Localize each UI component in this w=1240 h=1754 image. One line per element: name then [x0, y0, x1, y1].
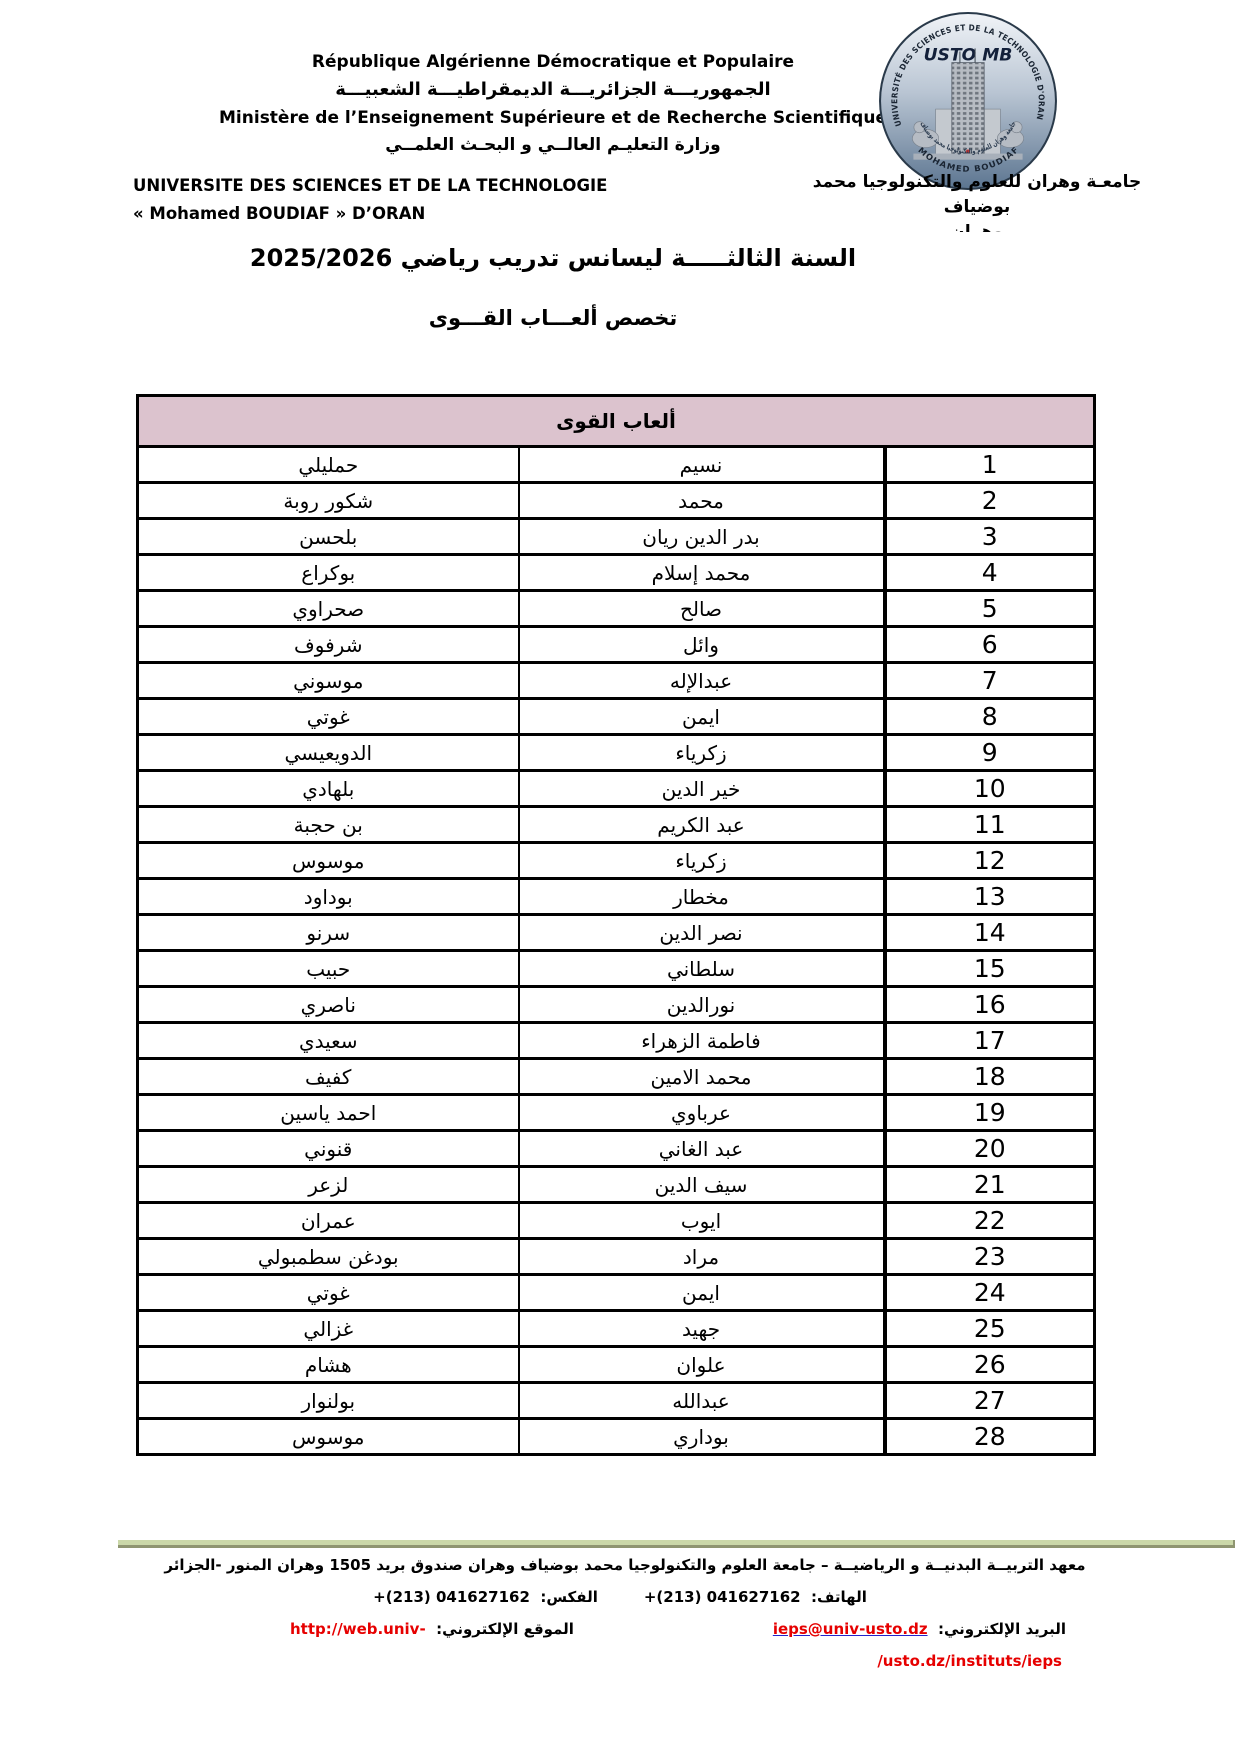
document-header: République Algérienne Démocratique et Po… [133, 52, 973, 155]
roster-number-cell: 11 [885, 807, 1095, 843]
footer-email: البريد الإلكتروني: ieps@univ-usto.dz [773, 1620, 1066, 1638]
first-name-cell: زكرياء [519, 735, 885, 771]
roster-number-cell: 24 [885, 1275, 1095, 1311]
first-name-cell: زكرياء [519, 843, 885, 879]
email-link[interactable]: ieps@univ-usto.dz [773, 1620, 928, 1638]
table-row: 10خير الدينبلهادي [138, 771, 1095, 807]
first-name-cell: محمد إسلام [519, 555, 885, 591]
first-name-cell: فاطمة الزهراء [519, 1023, 885, 1059]
roster-number-cell: 9 [885, 735, 1095, 771]
table-row: 24ايمنغوتي [138, 1275, 1095, 1311]
last-name-cell: بن حجبة [138, 807, 519, 843]
first-name-cell: ايمن [519, 1275, 885, 1311]
roster-number-cell: 20 [885, 1131, 1095, 1167]
last-name-cell: بوداود [138, 879, 519, 915]
table-row: 15سلطانيحبيب [138, 951, 1095, 987]
last-name-cell: صحراوي [138, 591, 519, 627]
footer-phone: الهاتف: +(213) 041627162 [644, 1588, 867, 1606]
roster-number-cell: 14 [885, 915, 1095, 951]
table-row: 7عبدالإلهموسوني [138, 663, 1095, 699]
first-name-cell: علوان [519, 1347, 885, 1383]
table-row: 2محمدشكور روبة [138, 483, 1095, 519]
table-row: 3بدر الدين ريانبلحسن [138, 519, 1095, 555]
university-name-fr: UNIVERSITE DES SCIENCES ET DE LA TECHNOL… [133, 172, 607, 228]
first-name-cell: نورالدين [519, 987, 885, 1023]
last-name-cell: موسوس [138, 1419, 519, 1455]
last-name-cell: بودغن سطمبولي [138, 1239, 519, 1275]
last-name-cell: الدويعيسي [138, 735, 519, 771]
website-link[interactable]: http://web.univ- [290, 1620, 426, 1638]
last-name-cell: شرفوف [138, 627, 519, 663]
table-row: 5صالحصحراوي [138, 591, 1095, 627]
footer-address: معهد التربيــة البدنيــة و الرياضيــة – … [120, 1556, 1130, 1574]
table-row: 9زكرياءالدويعيسي [138, 735, 1095, 771]
first-name-cell: مراد [519, 1239, 885, 1275]
roster-number-cell: 7 [885, 663, 1095, 699]
last-name-cell: لزعر [138, 1167, 519, 1203]
table-row: 17فاطمة الزهراءسعيدي [138, 1023, 1095, 1059]
roster-number-cell: 2 [885, 483, 1095, 519]
roster-number-cell: 10 [885, 771, 1095, 807]
university-name-fr-line2: « Mohamed BOUDIAF » D’ORAN [133, 200, 607, 228]
roster-number-cell: 13 [885, 879, 1095, 915]
table-row: 14نصر الدينسرنو [138, 915, 1095, 951]
roster-number-cell: 15 [885, 951, 1095, 987]
ministry-line-ar: وزارة التعليـم العالــي و البحـث العلمــ… [133, 135, 973, 155]
document-page: République Algérienne Démocratique et Po… [0, 0, 1240, 1754]
last-name-cell: بولنوار [138, 1383, 519, 1419]
roster-number-cell: 26 [885, 1347, 1095, 1383]
phone-value: +(213) 041627162 [644, 1588, 801, 1606]
first-name-cell: عرباوي [519, 1095, 885, 1131]
roster-number-cell: 25 [885, 1311, 1095, 1347]
last-name-cell: حبيب [138, 951, 519, 987]
table-row: 26علوانهشام [138, 1347, 1095, 1383]
university-name-ar: جامعـة وهران للعلوم والتكنولوجيا محمد بو… [802, 170, 1152, 232]
footer-separator-bar [118, 1540, 1235, 1548]
table-row: 16نورالدينناصري [138, 987, 1095, 1023]
website-link-continued[interactable]: /usto.dz/instituts/ieps [877, 1652, 1062, 1670]
first-name-cell: بوداري [519, 1419, 885, 1455]
table-row: 27عبداللهبولنوار [138, 1383, 1095, 1419]
roster-body: 1نسيمحمليلي2محمدشكور روبة3بدر الدين ريان… [138, 447, 1095, 1455]
fax-value: +(213) 041627162 [373, 1588, 530, 1606]
roster-number-cell: 28 [885, 1419, 1095, 1455]
first-name-cell: سلطاني [519, 951, 885, 987]
first-name-cell: نصر الدين [519, 915, 885, 951]
first-name-cell: محمد [519, 483, 885, 519]
last-name-cell: كفيف [138, 1059, 519, 1095]
page-title: السنة الثالثـــــة ليسانس تدريب رياضي 20… [133, 244, 973, 272]
first-name-cell: جهيد [519, 1311, 885, 1347]
table-row: 1نسيمحمليلي [138, 447, 1095, 483]
roster-number-cell: 22 [885, 1203, 1095, 1239]
roster-number-cell: 16 [885, 987, 1095, 1023]
phone-label: الهاتف: [811, 1588, 867, 1606]
last-name-cell: احمد ياسين [138, 1095, 519, 1131]
footer-phone-fax: الهاتف: +(213) 041627162 الفكس: +(213) 0… [220, 1588, 1020, 1606]
last-name-cell: بلحسن [138, 519, 519, 555]
table-row: 21سيف الدينلزعر [138, 1167, 1095, 1203]
university-name-fr-line1: UNIVERSITE DES SCIENCES ET DE LA TECHNOL… [133, 172, 607, 200]
last-name-cell: حمليلي [138, 447, 519, 483]
first-name-cell: خير الدين [519, 771, 885, 807]
last-name-cell: شكور روبة [138, 483, 519, 519]
table-row: 11عبد الكريمبن حجبة [138, 807, 1095, 843]
table-row: 8ايمنغوتي [138, 699, 1095, 735]
page-subtitle: تخصص ألعـــاب القـــوى [133, 306, 973, 330]
first-name-cell: مخطار [519, 879, 885, 915]
roster-number-cell: 19 [885, 1095, 1095, 1131]
table-row: 12زكرياءموسوس [138, 843, 1095, 879]
last-name-cell: ناصري [138, 987, 519, 1023]
first-name-cell: سيف الدين [519, 1167, 885, 1203]
roster-header-cell: ألعاب القوى [138, 396, 1095, 447]
roster-number-cell: 17 [885, 1023, 1095, 1059]
last-name-cell: عمران [138, 1203, 519, 1239]
roster-table-wrap: ألعاب القوى 1نسيمحمليلي2محمدشكور روبة3بد… [136, 394, 1096, 1456]
ministry-line-fr: Ministère de l’Enseignement Supérieure e… [133, 108, 973, 128]
roster-header-row: ألعاب القوى [138, 396, 1095, 447]
last-name-cell: سعيدي [138, 1023, 519, 1059]
table-row: 22ايوبعمران [138, 1203, 1095, 1239]
last-name-cell: بوكراع [138, 555, 519, 591]
first-name-cell: صالح [519, 591, 885, 627]
roster-number-cell: 21 [885, 1167, 1095, 1203]
first-name-cell: ايوب [519, 1203, 885, 1239]
table-row: 20عبد الغانيقنوني [138, 1131, 1095, 1167]
roster-number-cell: 18 [885, 1059, 1095, 1095]
last-name-cell: موسوني [138, 663, 519, 699]
last-name-cell: هشام [138, 1347, 519, 1383]
table-row: 19عرباوياحمد ياسين [138, 1095, 1095, 1131]
republic-line-fr: République Algérienne Démocratique et Po… [133, 52, 973, 72]
roster-number-cell: 1 [885, 447, 1095, 483]
last-name-cell: غوتي [138, 699, 519, 735]
last-name-cell: موسوس [138, 843, 519, 879]
roster-number-cell: 6 [885, 627, 1095, 663]
fax-label: الفكس: [540, 1588, 598, 1606]
table-row: 6وائلشرفوف [138, 627, 1095, 663]
first-name-cell: بدر الدين ريان [519, 519, 885, 555]
republic-line-ar: الجمهوريـــة الجزائريـــة الديمقراطيـــة… [133, 79, 973, 100]
last-name-cell: قنوني [138, 1131, 519, 1167]
roster-number-cell: 27 [885, 1383, 1095, 1419]
roster-number-cell: 3 [885, 519, 1095, 555]
roster-number-cell: 5 [885, 591, 1095, 627]
last-name-cell: غوتي [138, 1275, 519, 1311]
first-name-cell: عبدالله [519, 1383, 885, 1419]
table-row: 23مرادبودغن سطمبولي [138, 1239, 1095, 1275]
website-label: الموقع الإلكتروني: [436, 1620, 574, 1638]
university-name-ar-line2: وهران [802, 220, 1152, 232]
table-row: 25جهيدغزالي [138, 1311, 1095, 1347]
roster-table: ألعاب القوى 1نسيمحمليلي2محمدشكور روبة3بد… [136, 394, 1096, 1456]
last-name-cell: سرنو [138, 915, 519, 951]
first-name-cell: نسيم [519, 447, 885, 483]
university-name-ar-line1: جامعـة وهران للعلوم والتكنولوجيا محمد بو… [802, 170, 1152, 220]
table-row: 28بوداريموسوس [138, 1419, 1095, 1455]
first-name-cell: محمد الامين [519, 1059, 885, 1095]
footer-website: الموقع الإلكتروني: http://web.univ- [290, 1620, 574, 1638]
footer-fax: الفكس: +(213) 041627162 [373, 1588, 598, 1606]
roster-number-cell: 4 [885, 555, 1095, 591]
roster-number-cell: 23 [885, 1239, 1095, 1275]
university-seal-icon: UNIVERSITÉ DES SCIENCES ET DE LA TECHNOL… [877, 10, 1059, 192]
table-row: 13مخطاربوداود [138, 879, 1095, 915]
first-name-cell: عبدالإله [519, 663, 885, 699]
first-name-cell: وائل [519, 627, 885, 663]
roster-number-cell: 8 [885, 699, 1095, 735]
first-name-cell: ايمن [519, 699, 885, 735]
roster-number-cell: 12 [885, 843, 1095, 879]
first-name-cell: عبد الغاني [519, 1131, 885, 1167]
last-name-cell: غزالي [138, 1311, 519, 1347]
table-row: 4محمد إسلامبوكراع [138, 555, 1095, 591]
email-label: البريد الإلكتروني: [938, 1620, 1066, 1638]
footer-links: البريد الإلكتروني: ieps@univ-usto.dz الم… [290, 1620, 1066, 1638]
seal-building-tower [952, 63, 984, 156]
table-row: 18محمد الامينكفيف [138, 1059, 1095, 1095]
last-name-cell: بلهادي [138, 771, 519, 807]
first-name-cell: عبد الكريم [519, 807, 885, 843]
university-seal-logo: UNIVERSITÉ DES SCIENCES ET DE LA TECHNOL… [877, 10, 1059, 192]
